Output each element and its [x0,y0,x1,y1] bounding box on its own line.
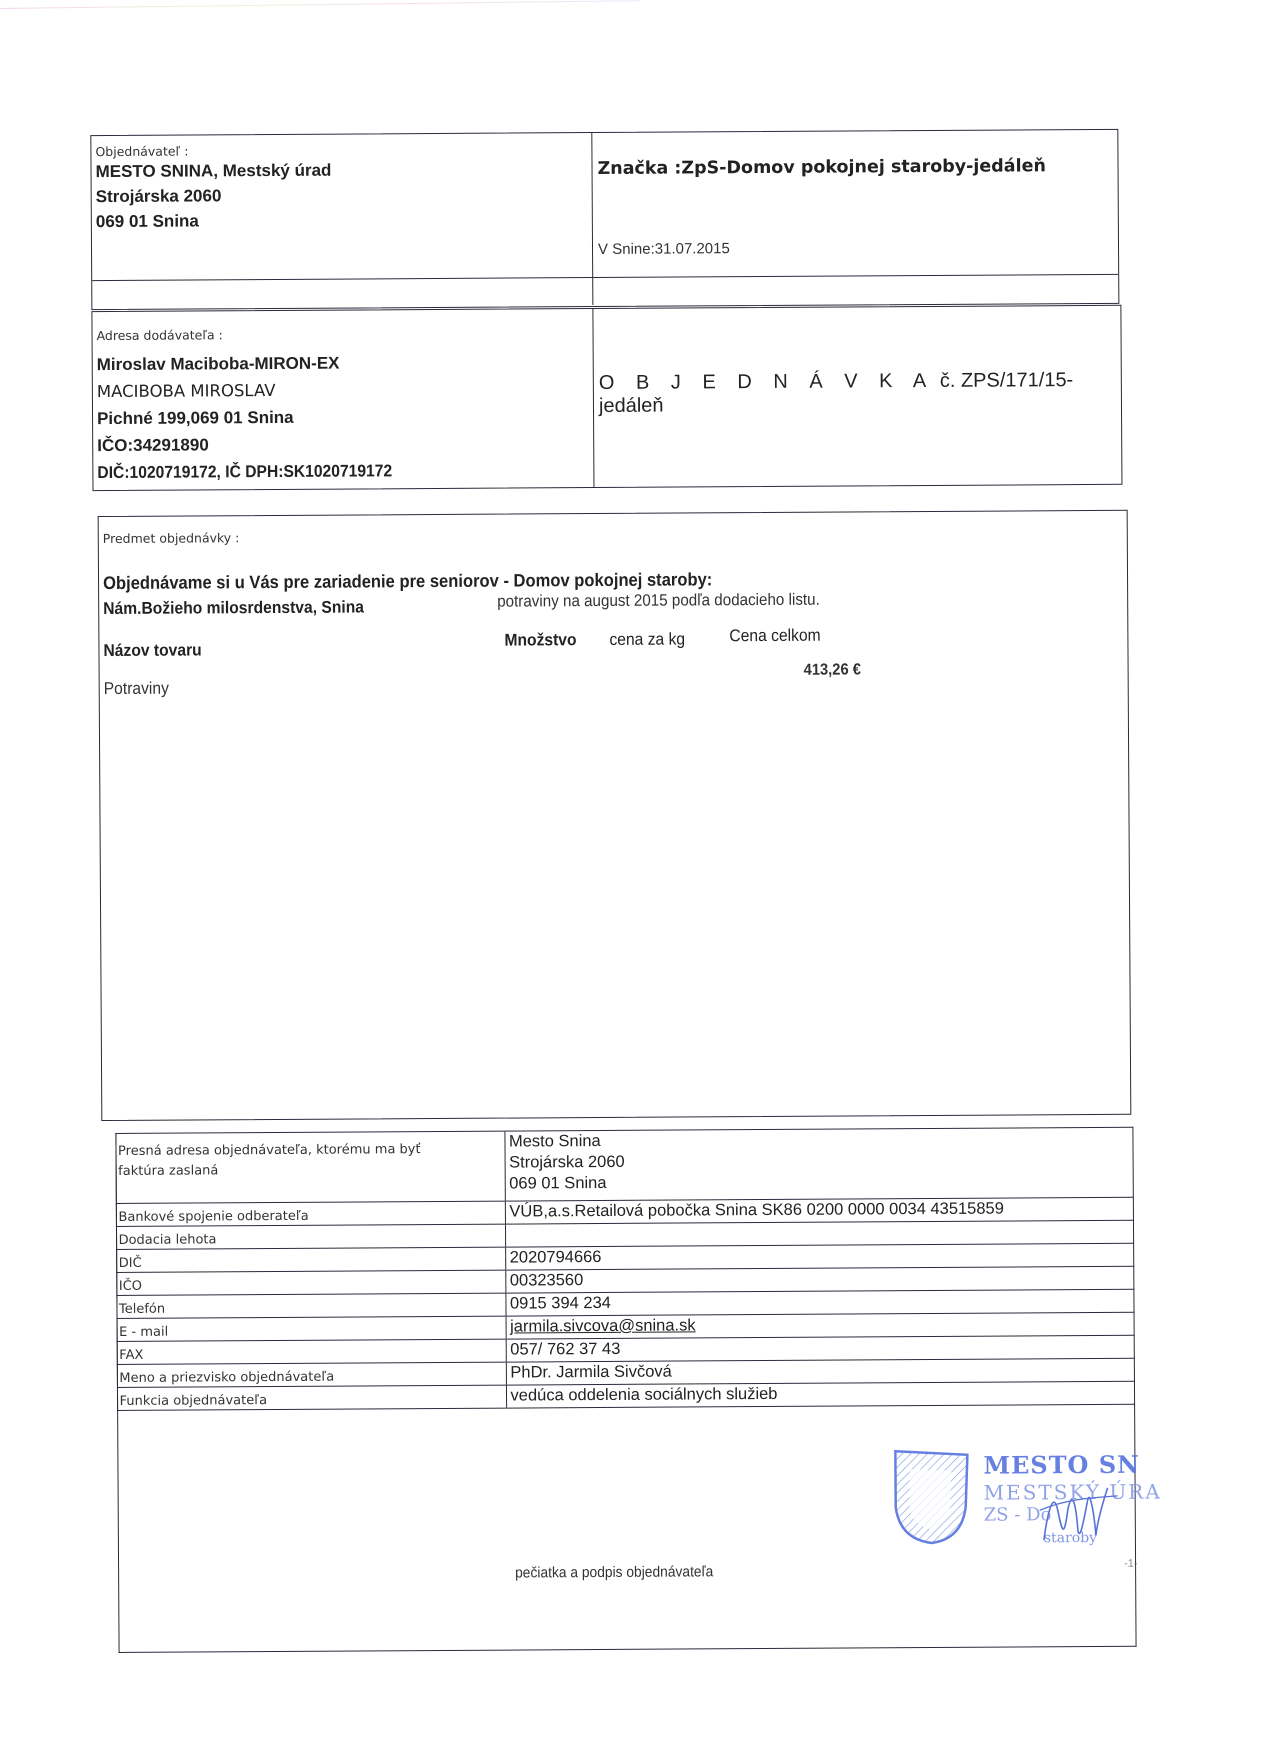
email-link[interactable]: jarmila.sivcova@snina.sk [510,1316,696,1335]
row-label: E - mail [117,1316,506,1341]
contact-role-value: vedúca oddelenia sociálnych služieb [506,1381,1135,1408]
supplier-ico: IČO:34291890 [97,430,418,459]
row-label: Meno a priezvisko objednávateľa [117,1362,506,1387]
row-label: DIČ [116,1247,505,1272]
row-label: Bankové spojenie odberateľa [116,1201,505,1226]
column-header-quantity: Množstvo [504,630,576,650]
divider [591,133,593,305]
item-total: 413,26 € [804,661,861,679]
subject-description: potraviny na august 2015 podľa dodacieho… [497,591,820,612]
divider [592,309,594,487]
supplier-label: Adresa dodávateľa : [96,326,416,343]
supplier-dic: DIČ:1020719172, IČ DPH:SK1020719172 [97,457,392,486]
row-label: Presná adresa objednávateľa, ktorému ma … [115,1131,504,1203]
stamp-line-1: MESTO SN [983,1450,1140,1480]
orderer-street: Strojárska 2060 [96,183,332,209]
column-header-total: Cena celkom [729,626,820,647]
row-label: Telefón [116,1293,505,1318]
supplier-address: Pichné 199,069 01 Snina [97,403,418,432]
page-number: -1- [1124,1558,1138,1570]
divider [92,274,1118,281]
row-label: Funkcia objednávateľa [117,1385,506,1410]
row-label: FAX [117,1339,506,1364]
orderer-name: MESTO SNINA, Mestský úrad [95,158,331,184]
row-label: IČO [116,1270,505,1295]
supplier-owner: MACIBOBA MIROSLAV [97,376,418,405]
details-section: Presná adresa objednávateľa, ktorému ma … [115,1127,1136,1653]
supplier-name: Miroslav Maciboba-MIRON-EX [97,349,418,378]
order-document: Objednávateľ : MESTO SNINA, Mestský úrad… [0,0,1264,1752]
item-name: Potraviny [104,679,169,699]
row-label: Dodacia lehota [116,1224,505,1249]
column-header-unit-price: cena za kg [609,629,685,649]
subject-address: Nám.Božieho milosrdenstva, Snina [103,597,364,619]
column-header-name: Názov tovaru [103,640,201,661]
reference-mark: Značka :ZpS-Domov pokojnej staroby-jedál… [597,156,1046,179]
order-date: V Snine:31.07.2015 [598,240,730,258]
signature-scribble [1034,1480,1124,1551]
subject-label: Predmet objednávky : [103,530,240,546]
supplier-section: Adresa dodávateľa : Miroslav Maciboba-MI… [91,305,1122,491]
coat-of-arms-icon [891,1447,972,1547]
orderer-label: Objednávateľ : [95,143,331,159]
orderer-city: 069 01 Snina [96,208,332,234]
official-stamp: MESTO SN MESTSKÝ ÚRA ZS - Do staroby -1- [883,1440,1164,1562]
invoice-address: Mesto Snina Strojárska 2060 069 01 Snina [504,1127,1133,1201]
orderer-block: Objednávateľ : MESTO SNINA, Mestský úrad… [95,143,331,234]
table-row: Funkcia objednávateľa vedúca oddelenia s… [117,1381,1135,1410]
order-number-heading: O B J E D N Á V K A č. ZPS/171/15-jedále… [599,369,1121,418]
details-table: Presná adresa objednávateľa, ktorému ma … [115,1127,1135,1411]
subject-section: Predmet objednávky : Objednávame si u Vá… [98,510,1132,1121]
order-title: O B J E D N Á V K A [599,370,935,394]
subject-intro: Objednávame si u Vás pre zariadenie pre … [103,569,712,594]
table-row: Presná adresa objednávateľa, ktorému ma … [115,1127,1133,1203]
signature-label: pečiatka a podpis objednávateľa [515,1563,713,1581]
invoice-address-line: 069 01 Snina [509,1170,1131,1195]
orderer-section: Objednávateľ : MESTO SNINA, Mestský úrad… [90,129,1119,310]
supplier-block: Adresa dodávateľa : Miroslav Maciboba-MI… [96,326,417,486]
